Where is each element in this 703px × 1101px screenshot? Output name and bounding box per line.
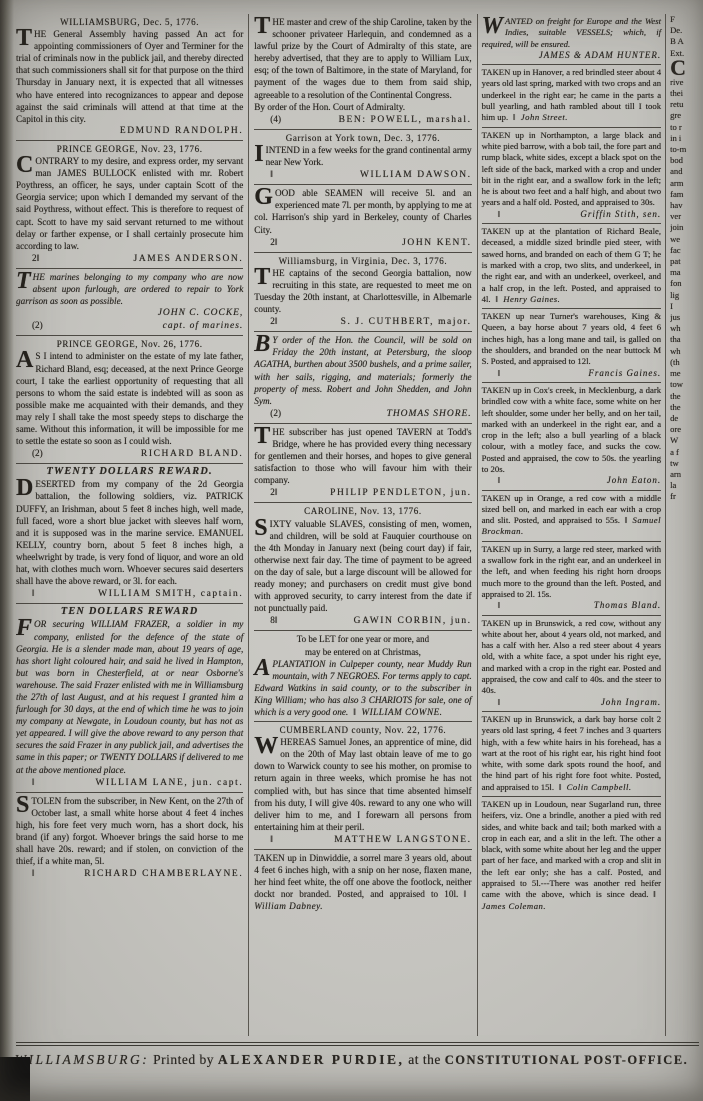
- ad-signature-row: ‖MATTHEW LANGSTONE.: [254, 833, 471, 846]
- drop-cap: D: [16, 478, 35, 498]
- ad-block: PRINCE GEORGE, Nov. 23, 1776.CONTRARY to…: [16, 141, 243, 269]
- ad-signature-row: ‖WILLIAM SMITH, captain.: [16, 587, 243, 600]
- ad-block: TAKEN up in Brunswick, a red cow, withou…: [482, 616, 661, 712]
- edge-fragment: wh: [670, 346, 696, 357]
- edge-fragment: retu: [670, 99, 696, 110]
- colophon-printer: ALEXANDER PURDIE,: [218, 1052, 405, 1067]
- ad-body: DESERTED from my company of the 2d Georg…: [16, 478, 243, 587]
- ad-block: GOOD able SEAMEN will receive 5l. and an…: [254, 185, 471, 252]
- ad-signature: Thomas Bland.: [594, 600, 661, 611]
- drop-cap: F: [16, 618, 34, 638]
- drop-cap: B: [254, 334, 272, 354]
- colophon-place: WILLIAMSBURG:: [15, 1052, 149, 1067]
- newspaper-page: WILLIAMSBURG, Dec. 5, 1776.THE General A…: [0, 0, 703, 1101]
- edge-fragment: fac: [670, 245, 696, 256]
- ad-block: Williamsburg, in Virginia, Dec. 3, 1776.…: [254, 253, 471, 333]
- drop-cap: S: [16, 795, 31, 815]
- ad-signature: EDMUND RANDOLPH.: [120, 125, 243, 137]
- insertion-mark: (2): [32, 319, 46, 331]
- insertion-mark: ‖: [498, 697, 512, 708]
- ad-signature: WILLIAM DAWSON.: [360, 169, 472, 181]
- edge-fragment: ver: [670, 211, 696, 222]
- ad-signature: capt. of marines.: [163, 320, 244, 332]
- insertion-mark: 2‖: [270, 236, 284, 248]
- ad-signature-row: ‖WILLIAM DAWSON.: [254, 168, 471, 181]
- edge-fragment: and: [670, 166, 696, 177]
- binding-shadow: [0, 0, 14, 1101]
- ad-signature: RICHARD CHAMBERLAYNE.: [84, 868, 243, 880]
- edge-fragment: wh: [670, 323, 696, 334]
- drop-cap: W: [482, 16, 505, 36]
- ad-body: WHEREAS Samuel Jones, an apprentice of m…: [254, 736, 471, 833]
- ad-body: THE marines belonging to my company who …: [16, 271, 243, 307]
- ad-body: FOR securing WILLIAM FRAZER, a soldier i…: [16, 618, 243, 775]
- ad-block: TAKEN up in Orange, a red cow with a mid…: [482, 491, 661, 542]
- ad-block: TAKEN up at the plantation of Richard Be…: [482, 224, 661, 309]
- edge-fragment: De.: [670, 25, 696, 36]
- edge-fragment: gre: [670, 110, 696, 121]
- edge-fragment: fon: [670, 278, 696, 289]
- edge-fragment: tow: [670, 379, 696, 390]
- ad-body: THE General Assembly having passed An ac…: [16, 28, 243, 125]
- ad-signature: THOMAS SHORE.: [387, 408, 472, 420]
- drop-cap: I: [254, 144, 265, 164]
- ad-signature-row: JOHN C. COCKE,: [16, 307, 243, 319]
- ad-signature: ‖ Samuel Brockman.: [482, 515, 661, 536]
- ad-signature: JAMES & ADAM HUNTER.: [539, 50, 661, 61]
- edge-fragment: tha: [670, 334, 696, 345]
- ad-body: TAKEN up in Dinwiddie, a sorrel mare 3 y…: [254, 852, 471, 912]
- ad-dateline: Williamsburg, in Virginia, Dec. 3, 1776.: [254, 255, 471, 267]
- ad-body: I INTEND in a few weeks for the grand co…: [254, 144, 471, 168]
- insertion-mark: ‖: [498, 600, 512, 611]
- ad-block: THE marines belonging to my company who …: [16, 269, 243, 336]
- edge-fragment: a f: [670, 447, 696, 458]
- ad-signature: JOHN C. COCKE,: [158, 307, 244, 319]
- ad-block: TAKEN up in Brunswick, a dark bay horse …: [482, 712, 661, 797]
- ad-body: TAKEN up in Loudoun, near Sugarland run,…: [482, 799, 661, 912]
- ad-block: TAKEN up near Turner's warehouses, King …: [482, 309, 661, 383]
- colophon-at-the: at the: [404, 1052, 444, 1067]
- ad-signature: WILLIAM LANE, jun. capt.: [96, 777, 244, 789]
- edge-fragment: ore: [670, 424, 696, 435]
- ad-signature: ‖ James Coleman.: [482, 889, 661, 910]
- insertion-mark: ‖: [32, 776, 46, 788]
- edge-fragment: jus: [670, 312, 696, 323]
- ad-signature-row: ‖RICHARD CHAMBERLAYNE.: [16, 867, 243, 880]
- drop-cap: T: [16, 271, 33, 291]
- ad-block: BY order of the Hon. the Council, will b…: [254, 332, 471, 424]
- drop-cap: W: [254, 736, 280, 756]
- edge-fragment: to-m: [670, 144, 696, 155]
- column-3: WANTED on freight for Europe and the Wes…: [478, 14, 666, 1036]
- ad-signature: John Ingram.: [601, 697, 661, 708]
- drop-cap: T: [254, 16, 272, 36]
- edge-fragment: we: [670, 234, 696, 245]
- edge-fragment: B A: [670, 36, 696, 47]
- ad-signature: BEN: POWELL, marshal.: [339, 114, 472, 126]
- ad-body: THE subscriber has just opened TAVERN at…: [254, 426, 471, 486]
- ad-signature-row: JAMES & ADAM HUNTER.: [482, 50, 661, 61]
- colophon: WILLIAMSBURG: Printed by ALEXANDER PURDI…: [0, 1052, 703, 1068]
- ad-body: GOOD able SEAMEN will receive 5l. and an…: [254, 187, 471, 235]
- ad-signature: Francis Gaines.: [588, 368, 661, 379]
- ad-body: CONTRARY to my desire, and express order…: [16, 155, 243, 252]
- edge-fragment: hav: [670, 200, 696, 211]
- ad-signature: ‖ William Dabney.: [254, 889, 471, 911]
- ad-dateline: CAROLINE, Nov. 13, 1776.: [254, 505, 471, 517]
- ad-block: TAKEN up in Northampton, a large black a…: [482, 128, 661, 224]
- drop-cap: G: [254, 187, 275, 207]
- ad-body: TAKEN up in Hanover, a red brindled stee…: [482, 67, 661, 123]
- ad-dateline: WILLIAMSBURG, Dec. 5, 1776.: [16, 16, 243, 28]
- edge-fragment: thei: [670, 88, 696, 99]
- ad-signature-row: (2)RICHARD BLAND.: [16, 447, 243, 460]
- ad-block: CAROLINE, Nov. 13, 1776.SIXTY valuable S…: [254, 503, 471, 631]
- ad-signature-row: ‖Thomas Bland.: [482, 600, 661, 611]
- edge-fragment: fr: [670, 491, 696, 502]
- column-2: THE master and crew of the ship Caroline…: [249, 14, 477, 1036]
- ad-signature: ‖ John Street.: [508, 112, 568, 122]
- insertion-mark: ‖: [498, 475, 512, 486]
- insertion-mark: ‖: [270, 168, 284, 180]
- drop-cap: S: [254, 518, 269, 538]
- insertion-mark: ‖: [32, 867, 46, 879]
- ad-body: TAKEN up at the plantation of Richard Be…: [482, 226, 661, 305]
- ad-signature-row: ‖WILLIAM LANE, jun. capt.: [16, 776, 243, 789]
- ad-signature-row: (2)capt. of marines.: [16, 319, 243, 332]
- ad-signature-row: EDMUND RANDOLPH.: [16, 125, 243, 137]
- edge-fragment: in i: [670, 133, 696, 144]
- drop-cap: A: [16, 350, 35, 370]
- ad-heading: TWENTY DOLLARS REWARD.: [16, 466, 243, 478]
- ad-signature-row: 2‖JAMES ANDERSON.: [16, 252, 243, 265]
- ad-signature: JAMES ANDERSON.: [134, 253, 244, 265]
- ad-block: TWENTY DOLLARS REWARD.DESERTED from my c…: [16, 464, 243, 604]
- ad-signature-row: 2‖JOHN KENT.: [254, 236, 471, 249]
- edge-column-cutoff: FDe.B AExt.Crivetheiretugreto rin ito-mb…: [666, 14, 696, 1036]
- ad-signature: Griffin Stith, sen.: [580, 209, 661, 220]
- ad-body: TAKEN up in Brunswick, a dark bay horse …: [482, 714, 661, 793]
- edge-fragment: the: [670, 391, 696, 402]
- ad-block: TAKEN up in Surry, a large red steer, ma…: [482, 542, 661, 616]
- drop-cap: A: [254, 658, 272, 678]
- ad-signature-row: 2‖S. J. CUTHBERT, major.: [254, 315, 471, 328]
- ad-body: TAKEN up in Surry, a large red steer, ma…: [482, 544, 661, 600]
- ad-lead-line: may be entered on at Christmas,: [254, 646, 471, 658]
- ad-signature: WILLIAM SMITH, captain.: [98, 588, 243, 600]
- ad-signature: ‖ Colin Campbell.: [554, 782, 632, 792]
- ad-signature: MATTHEW LANGSTONE.: [334, 834, 471, 846]
- edge-fragment: rive: [670, 77, 696, 88]
- ad-block: THE master and crew of the ship Caroline…: [254, 14, 471, 130]
- ad-signature: ‖ Henry Gaines.: [491, 294, 561, 304]
- edge-fragment: join: [670, 222, 696, 233]
- ad-body: A PLANTATION in Culpeper county, near Mu…: [254, 658, 471, 718]
- edge-fragment: lig: [670, 290, 696, 301]
- edge-fragment: la: [670, 480, 696, 491]
- ad-signature-row: 2‖PHILIP PENDLETON, jun.: [254, 486, 471, 499]
- edge-fragment: (th: [670, 357, 696, 368]
- ad-signature-row: 8‖GAWIN CORBIN, jun.: [254, 614, 471, 627]
- ad-signature-row: (4)BEN: POWELL, marshal.: [254, 113, 471, 126]
- ad-lead-line: To be LET for one year or more, and: [254, 633, 471, 645]
- ad-signature: S. J. CUTHBERT, major.: [341, 316, 472, 328]
- insertion-mark: ‖: [270, 833, 284, 845]
- drop-cap: C: [16, 155, 35, 175]
- ad-block: THE subscriber has just opened TAVERN at…: [254, 424, 471, 504]
- ad-body: THE captains of the second Georgia batta…: [254, 267, 471, 315]
- ad-body: TAKEN up in Northampton, a large black a…: [482, 130, 661, 209]
- insertion-mark: 8‖: [270, 614, 284, 626]
- insertion-mark: (2): [32, 447, 46, 459]
- ad-body: THE master and crew of the ship Caroline…: [254, 16, 471, 101]
- ad-body: AS I intend to administer on the estate …: [16, 350, 243, 447]
- insertion-mark: (2): [270, 407, 284, 419]
- ad-body: SIXTY valuable SLAVES, consisting of men…: [254, 518, 471, 615]
- ad-body: TAKEN up in Orange, a red cow with a mid…: [482, 493, 661, 538]
- ad-body: WANTED on freight for Europe and the Wes…: [482, 16, 661, 50]
- insertion-mark: ‖: [32, 587, 46, 599]
- ad-block: To be LET for one year or more, andmay b…: [254, 631, 471, 722]
- edge-fragment: arm: [670, 178, 696, 189]
- drop-cap: T: [16, 28, 34, 48]
- scan-corner-artifact: [0, 1057, 30, 1101]
- ad-signature: JOHN KENT.: [402, 237, 471, 249]
- edge-fragment: Ext.: [670, 48, 696, 59]
- insertion-mark: 2‖: [32, 252, 46, 264]
- ad-block: CUMBERLAND county, Nov. 22, 1776.WHEREAS…: [254, 722, 471, 850]
- edge-fragment: me: [670, 368, 696, 379]
- ad-note: By order of the Hon. Court of Admiralty.: [254, 101, 471, 113]
- edge-fragment: the: [670, 402, 696, 413]
- insertion-mark: ‖: [498, 209, 512, 220]
- edge-fragment: C: [670, 59, 696, 77]
- edge-fragment: pat: [670, 256, 696, 267]
- ad-block: PRINCE GEORGE, Nov. 26, 1776.AS I intend…: [16, 336, 243, 464]
- edge-fragment: fam: [670, 189, 696, 200]
- ad-signature: ‖ WILLIAM COWNE.: [348, 707, 442, 717]
- edge-fragment: W: [670, 435, 696, 446]
- ad-signature-row: ‖Griffin Stith, sen.: [482, 209, 661, 220]
- insertion-mark: 2‖: [270, 315, 284, 327]
- ad-dateline: PRINCE GEORGE, Nov. 23, 1776.: [16, 143, 243, 155]
- edge-fragment: bod: [670, 155, 696, 166]
- drop-cap: T: [254, 426, 272, 446]
- edge-fragment: tw: [670, 458, 696, 469]
- edge-fragment: arn: [670, 469, 696, 480]
- edge-fragment: I: [670, 301, 696, 312]
- ad-block: TAKEN up in Hanover, a red brindled stee…: [482, 65, 661, 127]
- ad-dateline: PRINCE GEORGE, Nov. 26, 1776.: [16, 338, 243, 350]
- colophon-office: CONSTITUTIONAL POST-OFFICE.: [445, 1053, 689, 1067]
- ad-body: BY order of the Hon. the Council, will b…: [254, 334, 471, 407]
- ad-heading: TEN DOLLARS REWARD: [16, 606, 243, 618]
- insertion-mark: ‖: [498, 368, 512, 379]
- insertion-mark: (4): [270, 113, 284, 125]
- ad-dateline: Garrison at York town, Dec. 3, 1776.: [254, 132, 471, 144]
- ad-body: STOLEN from the subscriber, in New Kent,…: [16, 795, 243, 868]
- edge-fragment: F: [670, 14, 696, 25]
- ad-signature: GAWIN CORBIN, jun.: [354, 615, 472, 627]
- ad-dateline: CUMBERLAND county, Nov. 22, 1776.: [254, 724, 471, 736]
- drop-cap: T: [254, 267, 272, 287]
- ad-block: STOLEN from the subscriber, in New Kent,…: [16, 793, 243, 884]
- ad-signature: PHILIP PENDLETON, jun.: [330, 487, 471, 499]
- edge-fragment: ma: [670, 267, 696, 278]
- ad-block: TAKEN up in Cox's creek, in Mecklenburg,…: [482, 383, 661, 491]
- ad-signature-row: (2)THOMAS SHORE.: [254, 407, 471, 420]
- insertion-mark: 2‖: [270, 486, 284, 498]
- ad-body: TAKEN up near Turner's warehouses, King …: [482, 311, 661, 367]
- colophon-printed-by: Printed by: [149, 1052, 218, 1067]
- ad-body: TAKEN up in Cox's creek, in Mecklenburg,…: [482, 385, 661, 475]
- footer-double-rule: [16, 1042, 699, 1046]
- ad-block: TAKEN up in Loudoun, near Sugarland run,…: [482, 797, 661, 915]
- edge-fragment: de: [670, 413, 696, 424]
- ad-block: TEN DOLLARS REWARDFOR securing WILLIAM F…: [16, 604, 243, 792]
- edge-fragment: to r: [670, 122, 696, 133]
- ad-signature-row: ‖John Eaton.: [482, 475, 661, 486]
- ad-signature: John Eaton.: [607, 475, 661, 486]
- ad-block: WILLIAMSBURG, Dec. 5, 1776.THE General A…: [16, 14, 243, 141]
- column-1: WILLIAMSBURG, Dec. 5, 1776.THE General A…: [16, 14, 249, 1036]
- ad-signature-row: ‖Francis Gaines.: [482, 368, 661, 379]
- column-layout: WILLIAMSBURG, Dec. 5, 1776.THE General A…: [16, 14, 696, 1036]
- ad-signature-row: ‖John Ingram.: [482, 697, 661, 708]
- ad-block: TAKEN up in Dinwiddie, a sorrel mare 3 y…: [254, 850, 471, 915]
- ad-signature: RICHARD BLAND.: [141, 448, 243, 460]
- ad-block: WANTED on freight for Europe and the Wes…: [482, 14, 661, 65]
- ad-body: TAKEN up in Brunswick, a red cow, withou…: [482, 618, 661, 697]
- ad-block: Garrison at York town, Dec. 3, 1776.I IN…: [254, 130, 471, 185]
